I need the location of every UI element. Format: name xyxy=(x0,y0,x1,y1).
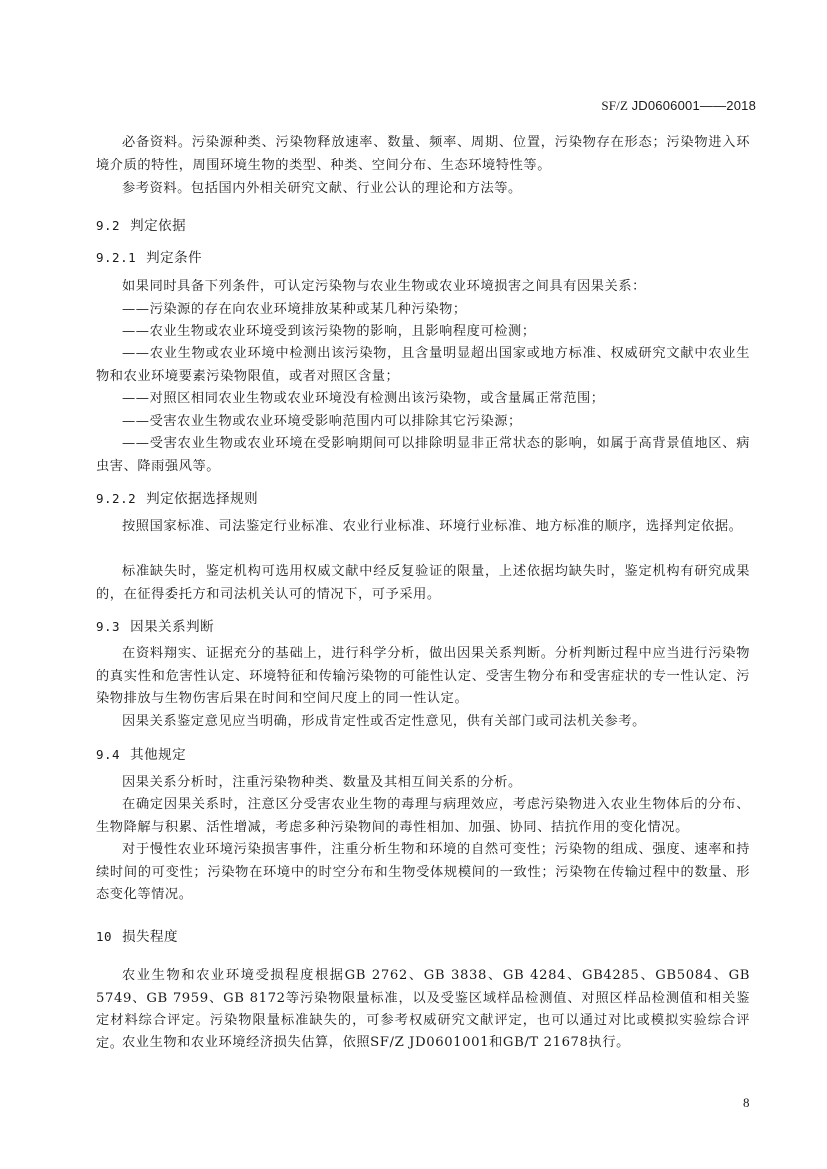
section-heading-9-2-2: 9.2.2判定依据选择规则 xyxy=(96,487,258,507)
list-item: ——受害农业生物或农业环境受影响范围内可以排除其它污染源； xyxy=(96,411,750,434)
paragraph: 因果关系分析时，注重污染物种类、数量及其相互间关系的分析。 xyxy=(96,772,750,795)
paragraph: 对于慢性农业环境污染损害事件，注重分析生物和环境的自然可变性；污染物的组成、强度… xyxy=(96,839,750,907)
paragraph: 标准缺失时，鉴定机构可选用权威文献中经反复验证的限量，上述依据均缺失时，鉴定机构… xyxy=(96,561,750,606)
section-heading-9-2: 9.2判定依据 xyxy=(96,214,186,234)
section-heading-9-3: 9.3因果关系判断 xyxy=(96,615,214,635)
list-item: ——污染源的存在向农业环境排放某种或某几种污染物； xyxy=(96,299,750,322)
paragraph: 必备资料。污染源种类、污染物释放速率、数量、频率、周期、位置，污染物存在形态；污… xyxy=(96,132,750,177)
section-heading-10: 10损失程度 xyxy=(96,925,178,945)
list-item: ——对照区相同农业生物或农业环境没有检测出该污染物，或含量属正常范围； xyxy=(96,388,750,411)
section-heading-9-4: 9.4其他规定 xyxy=(96,743,186,763)
page-number: 8 xyxy=(743,1095,750,1111)
list-item: ——受害农业生物或农业环境在受影响期间可以排除明显非正常状态的影响，如属于高背景… xyxy=(96,433,750,478)
list-item: ——农业生物或农业环境受到该污染物的影响，且影响程度可检测； xyxy=(96,321,750,344)
paragraph: 农业生物和农业环境经济损失估算，依照SF/Z JD0601001和GB/T 21… xyxy=(96,1032,750,1055)
paragraph: 参考资料。包括国内外相关研究文献、行业公认的理论和方法等。 xyxy=(96,178,750,201)
paragraph: 因果关系鉴定意见应当明确，形成肯定性或否定性意见，供有关部门或司法机关参考。 xyxy=(96,711,750,734)
header-prefix: SF/Z xyxy=(601,98,631,113)
document-header: SF/Z JD0606001——2018 xyxy=(601,98,756,114)
paragraph: 在确定因果关系时，注意区分受害农业生物的毒理与病理效应，考虑污染物进入农业生物体… xyxy=(96,794,750,839)
list-item: ——农业生物或农业环境中检测出该污染物，且含量明显超出国家或地方标准、权威研究文… xyxy=(96,343,750,388)
header-code: JD0606001——2018 xyxy=(632,98,756,113)
paragraph: 如果同时具备下列条件，可认定污染物与农业生物或农业环境损害之间具有因果关系： xyxy=(96,276,750,299)
section-heading-9-2-1: 9.2.1判定条件 xyxy=(96,246,202,266)
paragraph: 在资料翔实、证据充分的基础上，进行科学分析，做出因果关系判断。分析判断过程中应当… xyxy=(96,643,750,711)
paragraph: 按照国家标准、司法鉴定行业标准、农业行业标准、环境行业标准、地方标准的顺序，选择… xyxy=(96,516,750,539)
